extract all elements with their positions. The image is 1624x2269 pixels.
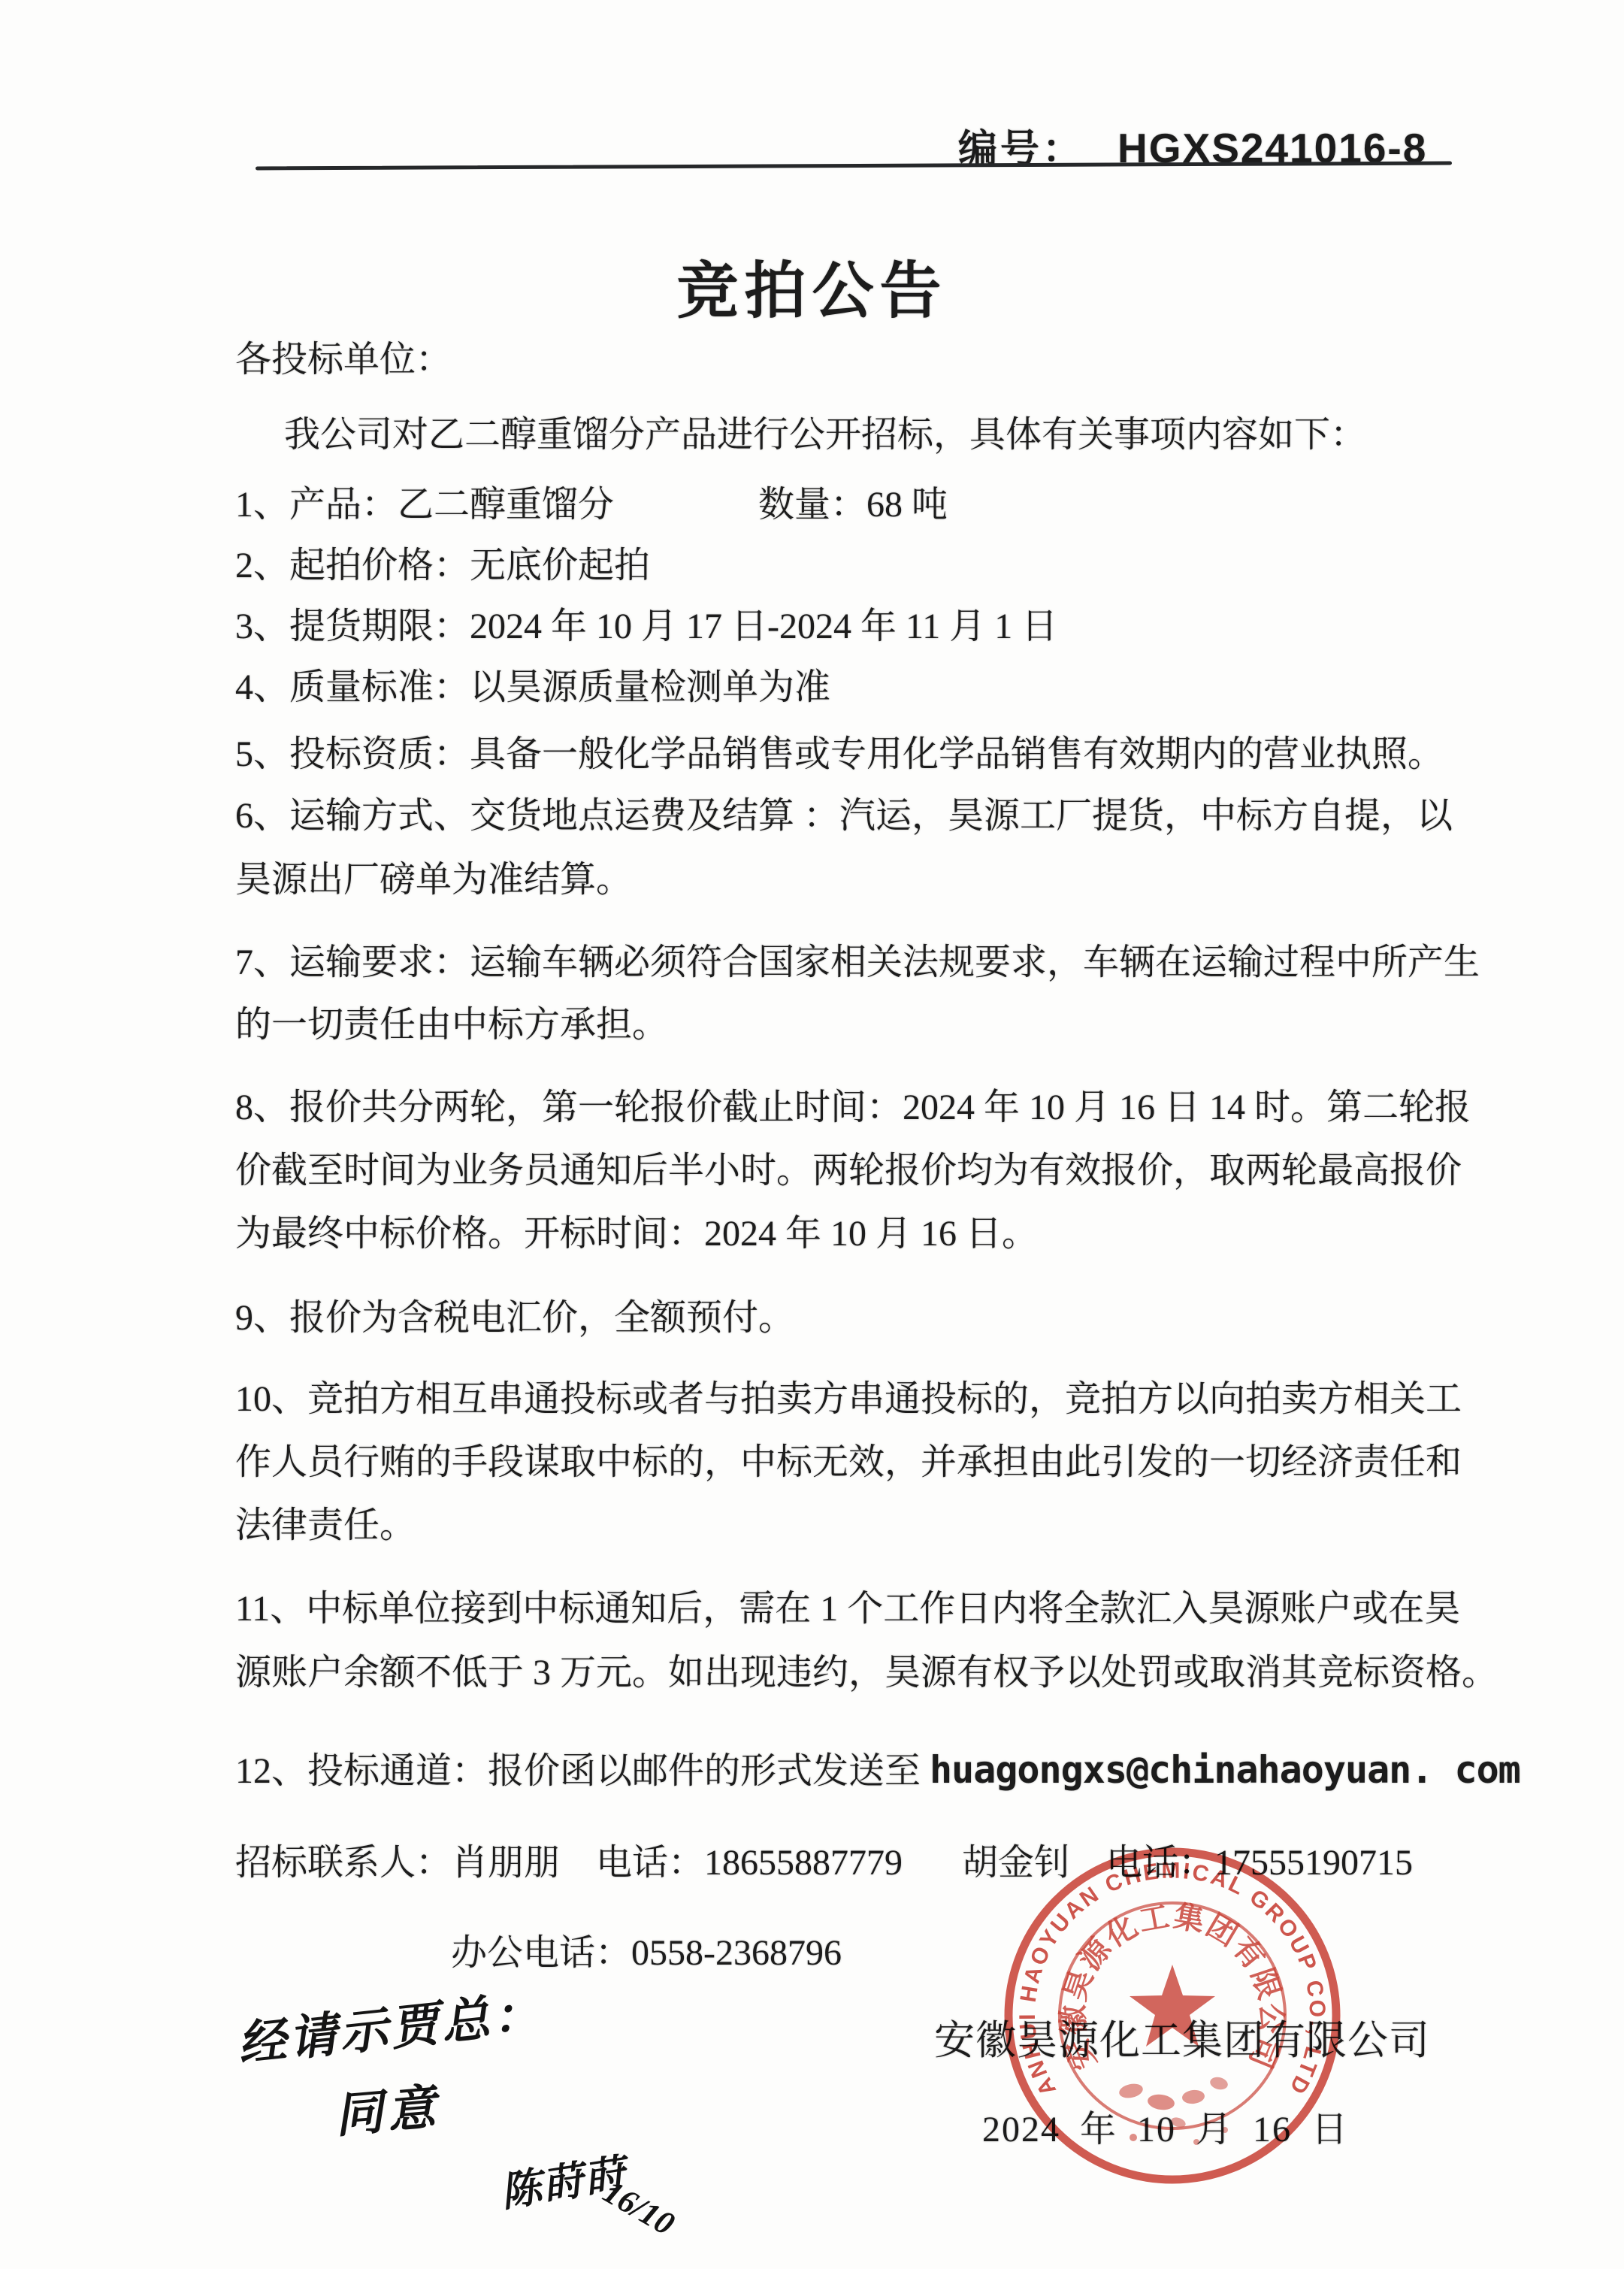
item-8-line-2: 价截至时间为业务员通知后半小时。两轮报价均为有效报价，取两轮最高报价 xyxy=(235,1149,1462,1193)
item-3: 3、提货期限：2024 年 10 月 17 日-2024 年 11 月 1 日 xyxy=(235,605,1057,649)
intro-paragraph: 我公司对乙二醇重馏分产品进行公开招标，具体有关事项内容如下： xyxy=(284,413,1366,457)
item-2: 2、起拍价格：无底价起拍 xyxy=(235,544,650,588)
item-12: 12、投标通道：报价函以邮件的形式发送至 huagongxs@chinahaoy… xyxy=(235,1747,1520,1793)
item-9: 9、报价为含税电汇价，全额预付。 xyxy=(235,1296,794,1340)
item-10-line-3: 法律责任。 xyxy=(235,1504,416,1547)
seal-ink-smudges xyxy=(1117,2075,1229,2145)
item-4: 4、质量标准：以昊源质量检测单为准 xyxy=(235,666,830,709)
page-title: 竞拍公告 xyxy=(0,242,1624,330)
handwritten-note-line-1: 经请示贾总： xyxy=(234,1974,546,2075)
item-7-line-2: 的一切责任由中标方承担。 xyxy=(235,1003,668,1047)
item-6-line-2: 昊源出厂磅单为准结算。 xyxy=(235,858,632,902)
handwritten-date: 16/10 xyxy=(597,2172,681,2243)
item-5: 5、投标资质：具备一般化学品销售或专用化学品销售有效期内的营业执照。 xyxy=(235,733,1444,776)
item-11-line-2: 源账户余额不低于 3 万元。如出现违约，昊源有权予以处罚或取消其竞标资格。 xyxy=(235,1651,1498,1695)
company-seal-stamp: ANHUI HAOYUAN CHEMICAL GROUP CO., LTD 安徽… xyxy=(1000,1843,1345,2189)
bid-email: huagongxs@chinahaoyuan. com xyxy=(930,1748,1520,1792)
item-7-line-1: 7、运输要求：运输车辆必须符合国家相关法规要求，车辆在运输过程中所产生 xyxy=(235,941,1480,985)
contact-left: 招标联系人：肖朋朋 电话：18655887779 xyxy=(235,1841,903,1885)
item-10-line-1: 10、竞拍方相互串通投标或者与拍卖方串通投标的，竞拍方以向拍卖方相关工 xyxy=(235,1378,1462,1421)
scanned-auction-notice: 编号： HGXS241016-8 竞拍公告 各投标单位： 我公司对乙二醇重馏分产… xyxy=(0,0,1624,2269)
handwritten-approval: 同意 xyxy=(331,2068,442,2146)
item-12-text: 12、投标通道：报价函以邮件的形式发送至 xyxy=(235,1751,930,1791)
seal-star-icon xyxy=(1130,1965,1215,2047)
salutation: 各投标单位： xyxy=(235,338,452,382)
item-1: 1、产品：乙二醇重馏分 数量：68 吨 xyxy=(235,483,948,527)
item-10-line-2: 作人员行贿的手段谋取中标的，中标无效，并承担由此引发的一切经济责任和 xyxy=(235,1441,1462,1484)
office-phone: 办公电话：0558-2368796 xyxy=(451,1932,842,1975)
item-11-line-1: 11、中标单位接到中标通知后，需在 1 个工作日内将全款汇入昊源账户或在昊 xyxy=(235,1587,1460,1631)
item-8-line-1: 8、报价共分两轮，第一轮报价截止时间：2024 年 10 月 16 日 14 时… xyxy=(235,1086,1471,1130)
item-6-line-1: 6、运输方式、交货地点运费及结算 ：汽运，昊源工厂提货，中标方自提，以 xyxy=(235,794,1453,838)
item-8-line-3: 为最终中标价格。开标时间：2024 年 10 月 16 日。 xyxy=(235,1212,1038,1256)
